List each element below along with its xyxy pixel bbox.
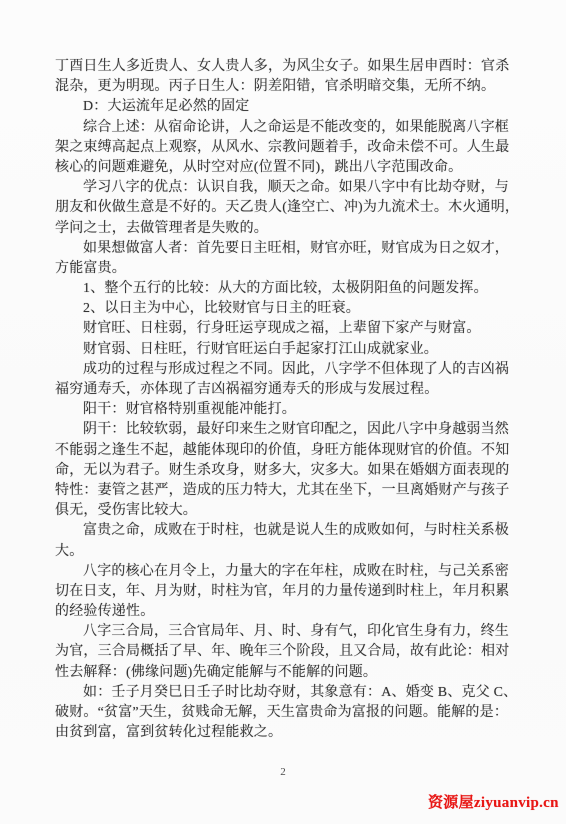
page-number: 2 — [0, 766, 566, 778]
text-line: 为官，三合局概括了早、年、晚年三个阶段，且又合局，故有此论：相对 — [55, 642, 517, 662]
text-line: 成功的过程与形成过程之不同。因此，八字学不但体现了人的吉凶祸 — [55, 360, 517, 380]
text-line: 丁酉日生人多近贵人、女人贵人多，为风尘女子。如果生居申酉时：官杀 — [55, 57, 517, 77]
text-line: 富贵之命，成败在于时柱，也就是说人生的成败如何，与时柱关系极 — [55, 521, 517, 541]
text-line: 如果想做富人者：首先要日主旺相，财官亦旺，财官成为日之奴才， — [55, 239, 517, 259]
text-line: 2、以日主为中心，比较财官与日主的旺衰。 — [55, 299, 517, 319]
scanned-document-page: 丁酉日生人多近贵人、女人贵人多，为风尘女子。如果生居申酉时：官杀 混杂，更为明现… — [0, 0, 566, 824]
text-line: 八字三合局，三合官局年、月、时、身有气，印化官生身有力，终生 — [55, 622, 517, 642]
text-line: 切在日支，年、月为财，时柱为官，年月的力量传递到时柱上，年月积累 — [55, 582, 517, 602]
text-line: 1、整个五行的比较：从大的方面比较，太极阴阳鱼的问题发挥。 — [55, 279, 517, 299]
text-line: 核心的问题难避免，从时空对应(位置不同)，跳出八字范围改命。 — [55, 158, 517, 178]
text-line: 八字的核心在月令上，力量大的字在年柱，成败在时柱，与己关系密 — [55, 562, 517, 582]
text-line: 架之束缚高起点上观察，从风水、宗教问题着手，改命未偿不可。人生最 — [55, 138, 517, 158]
text-line: D：大运流年足必然的固定 — [55, 97, 517, 117]
document-text: 丁酉日生人多近贵人、女人贵人多，为风尘女子。如果生居申酉时：官杀 混杂，更为明现… — [55, 57, 517, 743]
text-line: 混杂，更为明现。丙子日生人：阴差阳错，官杀明暗交集，无所不纳。 — [55, 77, 517, 97]
text-line: 学习八字的优点：认识自我，顺天之命。如果八字中有比劫夺财，与 — [55, 178, 517, 198]
text-line: 不能弱之逢生不起，越能体现印的价值，身旺方能体现财官的价值。不知 — [55, 441, 517, 461]
text-line: 学问之士，去做管理者是失败的。 — [55, 219, 517, 239]
text-line: 财官旺、日柱弱，行身旺运亨现成之福，上辈留下家产与财富。 — [55, 319, 517, 339]
text-line: 朋友和伙做生意是不好的。天乙贵人(逢空亡、冲)为九流术士。木火通明， — [55, 198, 517, 218]
text-line: 财官弱、日柱旺，行财官旺运白手起家打江山成就家业。 — [55, 340, 517, 360]
text-line: 破财。“贫富”天生，贫贱命无解，天生富贵命为富报的问题。能解的是： — [55, 703, 517, 723]
text-line: 阳干：财官格特别重视能冲能打。 — [55, 400, 517, 420]
text-line: 俱无，受伤害比较大。 — [55, 501, 517, 521]
watermark-text: 资源屋ziyuanvip.cn — [428, 791, 559, 812]
text-line: 特性：妻管之甚严，造成的压力特大，尤其在坐下，一旦离婚财产与孩子 — [55, 481, 517, 501]
text-line: 的经验传递性。 — [55, 602, 517, 622]
text-line: 大。 — [55, 542, 517, 562]
text-line: 如：壬子月癸巳日壬子时比劫夺财，其象意有：A、婚变 B、克父 C、 — [55, 683, 517, 703]
text-line: 方能富贵。 — [55, 259, 517, 279]
text-line: 综合上述：从宿命论讲，人之命运是不能改变的，如果能脱离八字框 — [55, 118, 517, 138]
text-line: 命，无以为君子。财生杀攻身，财多大，灾多大。如果在婚姻方面表现的 — [55, 461, 517, 481]
text-line: 性去解释：(佛缘问题)先确定能解与不能解的问题。 — [55, 663, 517, 683]
text-line: 福穷通寿夭，亦体现了吉凶祸福穷通寿夭的形成与发展过程。 — [55, 380, 517, 400]
text-line: 阴干：比较软弱，最好印来生之财官印配之，因此八字中身越弱当然 — [55, 420, 517, 440]
text-line: 由贫到富，富到贫转化过程能救之。 — [55, 723, 517, 743]
